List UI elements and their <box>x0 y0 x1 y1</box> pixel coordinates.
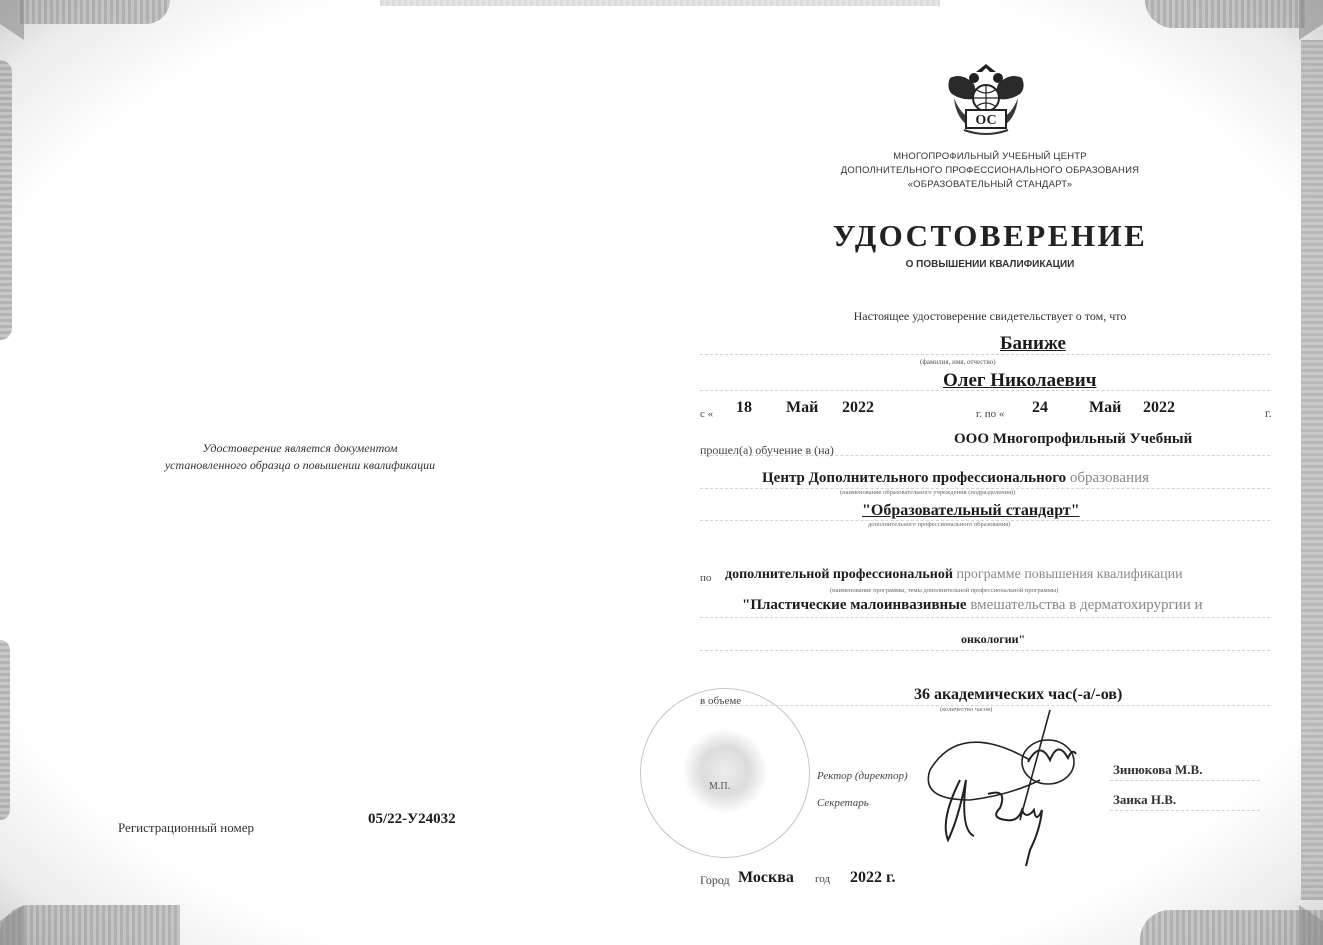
period-to-month: Май <box>1089 399 1121 417</box>
org-line-1: Многопрофильный учебный центр <box>790 150 1190 164</box>
period-from-day: 18 <box>736 399 752 417</box>
decorative-border-bottom-left <box>0 905 180 945</box>
org-line-3: «Образовательный стандарт» <box>790 178 1190 192</box>
institution-label: прошел(а) обучение в (на) <box>700 443 834 458</box>
official-stamp: М.П. <box>640 688 810 858</box>
period-suffix: г. <box>1265 406 1272 421</box>
certificate-validity-note: Удостоверение является документом устано… <box>100 440 500 474</box>
year-label: год <box>815 873 830 885</box>
form-rule <box>700 354 1270 355</box>
stamp-text: М.П. <box>709 781 730 792</box>
registration-number: 05/22-У24032 <box>368 811 456 828</box>
program-name-line-1-faded: вмешательства в дерматохирургии и <box>967 597 1203 613</box>
period-from-month: Май <box>786 399 818 417</box>
volume-label: в объеме <box>700 695 741 707</box>
period-from-year: 2022 <box>842 399 874 417</box>
eagle-emblem-icon: ОС <box>942 58 1030 140</box>
form-rule <box>700 650 1270 651</box>
document-title: УДОСТОВЕРЕНИЕ <box>790 218 1190 254</box>
program-prefix: по <box>700 572 711 584</box>
city-label: Город <box>700 873 730 888</box>
note-line-2: установленного образца о повышении квали… <box>100 457 500 474</box>
decorative-border-top-right <box>1145 0 1305 28</box>
secretary-label: Секретарь <box>817 797 869 809</box>
decorative-border-top <box>380 0 940 6</box>
note-line-1: Удостоверение является документом <box>100 440 500 457</box>
institution-line-2-bold: Центр Дополнительного профессионального <box>762 470 1066 486</box>
period-to-year: 2022 <box>1143 399 1175 417</box>
decorative-border-left-lower <box>0 640 10 820</box>
person-given-names: Олег Николаевич <box>943 370 1096 392</box>
person-caption: (фамилия, имя, отчество) <box>920 358 996 366</box>
registration-label: Регистрационный номер <box>118 820 254 836</box>
period-to-prefix: г. по « <box>976 408 1004 420</box>
city-value: Москва <box>738 869 794 887</box>
organization-name: Многопрофильный учебный центр дополнител… <box>790 150 1190 192</box>
rector-label: Ректор (директор) <box>817 770 908 782</box>
program-type-bold: дополнительной профессиональной <box>725 567 953 582</box>
secretary-name: Заика Н.В. <box>1113 792 1176 808</box>
rector-name: Зинюкова М.В. <box>1113 762 1202 778</box>
document-subtitle: о повышении квалификации <box>790 259 1190 270</box>
decorative-border-top-left <box>20 0 170 24</box>
stamp-emblem-icon <box>683 729 767 813</box>
decorative-border-bottom-right <box>1140 910 1323 945</box>
form-rule <box>1110 780 1260 781</box>
institution-caption-2: дополнительного профессионального образо… <box>868 521 1010 528</box>
person-surname: Баниже <box>1000 333 1066 355</box>
secretary-signature-icon <box>930 760 1070 870</box>
period-to-day: 24 <box>1032 399 1048 417</box>
decorative-border-left <box>0 60 12 340</box>
program-type-faded: программе повышения квалификации <box>953 567 1183 582</box>
program-type: дополнительной профессиональной программ… <box>725 567 1183 583</box>
certify-statement: Настоящее удостоверение свидетельствует … <box>790 309 1190 324</box>
institution-caption: (наименование образовательного учреждени… <box>840 489 1015 496</box>
institution-line-2: Центр Дополнительного профессионального … <box>762 470 1149 487</box>
institution-line-3: "Образовательный стандарт" <box>862 502 1080 520</box>
institution-line-1: ООО Многопрофильный Учебный <box>954 431 1192 448</box>
svg-text:ОС: ОС <box>975 113 996 128</box>
form-rule <box>1110 810 1260 811</box>
period-from-prefix: с « <box>700 408 713 420</box>
institution-line-2-faded: образования <box>1066 470 1149 486</box>
form-rule <box>700 617 1270 618</box>
year-value: 2022 г. <box>850 869 895 887</box>
decorative-border-right <box>1301 40 1323 900</box>
org-line-2: дополнительного профессионального образо… <box>790 164 1190 178</box>
program-caption: (наименование программы, темы дополнител… <box>830 587 1058 594</box>
program-name-line-1: "Пластические малоинвазивные вмешательст… <box>742 597 1203 614</box>
program-name-line-2: онкологии" <box>961 632 1025 647</box>
program-name-line-1-bold: "Пластические малоинвазивные <box>742 597 967 613</box>
